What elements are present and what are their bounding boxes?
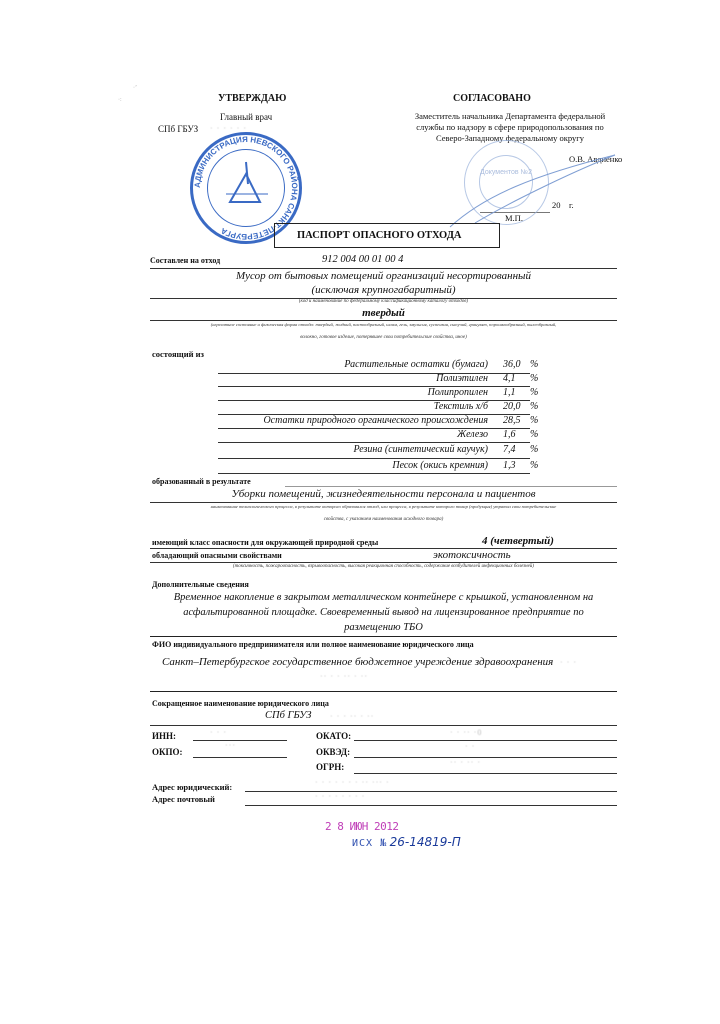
component-name: Полиэтилен [218, 373, 488, 384]
composition-row: Песок (окись кремния) 1,3 % [218, 459, 530, 473]
outgoing-number: 26-14819-П [390, 835, 461, 849]
waste-state-line [150, 320, 617, 321]
component-unit: % [530, 387, 538, 398]
entity-short-label: Сокращенное наименование юридического ли… [152, 699, 329, 708]
hazard-props-value: экотоксичность [433, 549, 511, 561]
ogrn-field [354, 773, 617, 774]
okpo-field [193, 757, 287, 758]
hazard-props-label: обладающий опасными свойствами [152, 551, 282, 560]
inn-field [193, 740, 287, 741]
composition-row: Растительные остатки (бумага) 36,0 % [218, 358, 530, 372]
origin-hint-1: наименование технологического процесса, … [145, 504, 622, 510]
origin-value: Уборки помещений, жизнедеятельности перс… [150, 488, 617, 500]
redacted-okato: · · ·· ·0 [450, 728, 482, 737]
component-unit: % [530, 373, 538, 384]
component-value: 7,4 [503, 444, 516, 455]
waste-name-line1: Мусор от бытовых помещений организаций н… [150, 270, 617, 282]
redacted-ogrn: ·· · ·· · [450, 758, 481, 767]
component-name: Остатки природного органического происхо… [218, 415, 488, 426]
additional-line-1: Временное накопление в закрытом металлич… [150, 590, 617, 605]
composition-row-line [218, 473, 530, 474]
additional-line-2: асфальтированной площадке. Своевременный… [150, 605, 617, 620]
component-name: Железо [218, 429, 488, 440]
additional-text: Временное накопление в закрытом металлич… [150, 590, 617, 635]
redacted-postal-address: · · · · · · · · [315, 792, 365, 801]
waste-name-line2: (исключая крупногабаритный) [150, 284, 617, 296]
ogrn-label: ОГРН: [316, 762, 344, 772]
waste-state-hint-2: волокно, готовое изделие, потерявшее сво… [150, 335, 617, 341]
entity-full-line [150, 691, 617, 692]
composition-label: состоящий из [152, 349, 204, 359]
received-date-stamp: 2 8 ИЮН 2012 [325, 820, 398, 833]
scan-speck: ·: [118, 97, 124, 102]
composition-row: Остатки природного органического происхо… [218, 414, 530, 428]
entity-full-value: Санкт–Петербургское государственное бюдж… [162, 656, 553, 668]
redacted-entity-name-2: ·· · · ·· · ·· [320, 672, 368, 681]
component-value: 1,6 [503, 429, 516, 440]
okato-field [354, 740, 617, 741]
document-title-box: ПАСПОРТ ОПАСНОГО ОТХОДА [274, 223, 500, 248]
redacted-entity-name: · · · [560, 658, 577, 667]
okved-field [354, 757, 617, 758]
legal-address-field [245, 791, 617, 792]
okato-label: ОКАТО: [316, 731, 351, 741]
document-title: ПАСПОРТ ОПАСНОГО ОТХОДА [297, 230, 462, 241]
postal-address-label: Адрес почтовый [152, 794, 215, 804]
component-value: 36,0 [503, 359, 521, 370]
redacted-okpo: ··· [225, 741, 236, 750]
hazard-class-value: 4 (четвертый) [482, 535, 554, 547]
additional-label: Дополнительные сведения [152, 580, 249, 589]
entity-full-label: ФИО индивидуального предпринимателя или … [152, 640, 474, 649]
waste-code-label: Составлен на отход [150, 256, 220, 265]
okved-label: ОКВЭД: [316, 747, 350, 757]
waste-code-line [150, 268, 617, 269]
composition-row: Полиэтилен 4,1 % [218, 372, 530, 386]
hazard-class-label: имеющий класс опасности для окружающей п… [152, 538, 378, 547]
component-value: 1,3 [503, 460, 516, 471]
origin-hint-2: свойства, с указанием наименования исход… [150, 517, 617, 523]
origin-label-line [285, 486, 617, 487]
component-unit: % [530, 429, 538, 440]
legal-address-label: Адрес юридический: [152, 782, 232, 792]
component-value: 20,0 [503, 401, 521, 412]
component-name: Текстиль х/б [218, 401, 488, 412]
agreed-heading: СОГЛАСОВАНО [453, 93, 531, 104]
signature-scribble-icon [445, 135, 625, 235]
component-unit: % [530, 415, 538, 426]
okpo-label: ОКПО: [152, 747, 183, 757]
approve-heading: УТВЕРЖДАЮ [218, 93, 286, 104]
redacted-okved: · · [465, 742, 475, 751]
position-line-1: Заместитель начальника Департамента феде… [395, 111, 625, 122]
redacted-inn: · · · [210, 728, 227, 737]
inn-label: ИНН: [152, 731, 176, 741]
redacted-short-name: · · · ·· · ·· [330, 712, 374, 721]
component-name: Песок (окись кремния) [218, 460, 488, 471]
additional-line [150, 636, 617, 637]
component-value: 4,1 [503, 373, 516, 384]
origin-value-line [150, 502, 617, 503]
position-line-2: службы по надзору в сфере природопользов… [395, 122, 625, 133]
outgoing-number-stamp: ИСХ № 26-14819-П [352, 835, 461, 849]
component-unit: % [530, 444, 538, 455]
component-unit: % [530, 359, 538, 370]
component-value: 1,1 [503, 387, 516, 398]
component-name: Резина (синтетический каучук) [218, 444, 488, 455]
chief-doctor-label: Главный врач [220, 112, 272, 122]
waste-code: 912 004 00 01 00 4 [322, 254, 403, 265]
entity-short-value: СПб ГБУЗ [265, 710, 312, 721]
entity-short-line [150, 725, 617, 726]
component-unit: % [530, 401, 538, 412]
waste-state: твердый [150, 307, 617, 319]
waste-name-hint: (код и наименование по федеральному клас… [150, 299, 617, 305]
component-unit: % [530, 460, 538, 471]
hazard-props-line [150, 562, 617, 563]
hazard-props-hint: (токсичность, пожароопасность, взрывоопа… [150, 564, 617, 570]
composition-row: Полипропилен 1,1 % [218, 386, 530, 400]
additional-line-3: размещению ТБО [150, 620, 617, 635]
component-value: 28,5 [503, 415, 521, 426]
waste-state-hint-1: (агрегатное состояние и физическая форма… [145, 322, 622, 328]
postal-address-field [245, 805, 617, 806]
composition-row: Железо 1,6 % [218, 428, 530, 442]
hazard-class-line [150, 548, 617, 549]
origin-label: образованный в результате [152, 477, 251, 486]
component-name: Растительные остатки (бумага) [218, 359, 488, 370]
outgoing-label: ИСХ № [352, 838, 387, 849]
composition-row: Текстиль х/б 20,0 % [218, 400, 530, 414]
component-name: Полипропилен [218, 387, 488, 398]
composition-row: Резина (синтетический каучук) 7,4 % [218, 443, 530, 457]
scan-speck: ·ʼ [133, 85, 139, 90]
redacted-legal-address: · · · · · · · ·· ··· · [315, 778, 390, 787]
